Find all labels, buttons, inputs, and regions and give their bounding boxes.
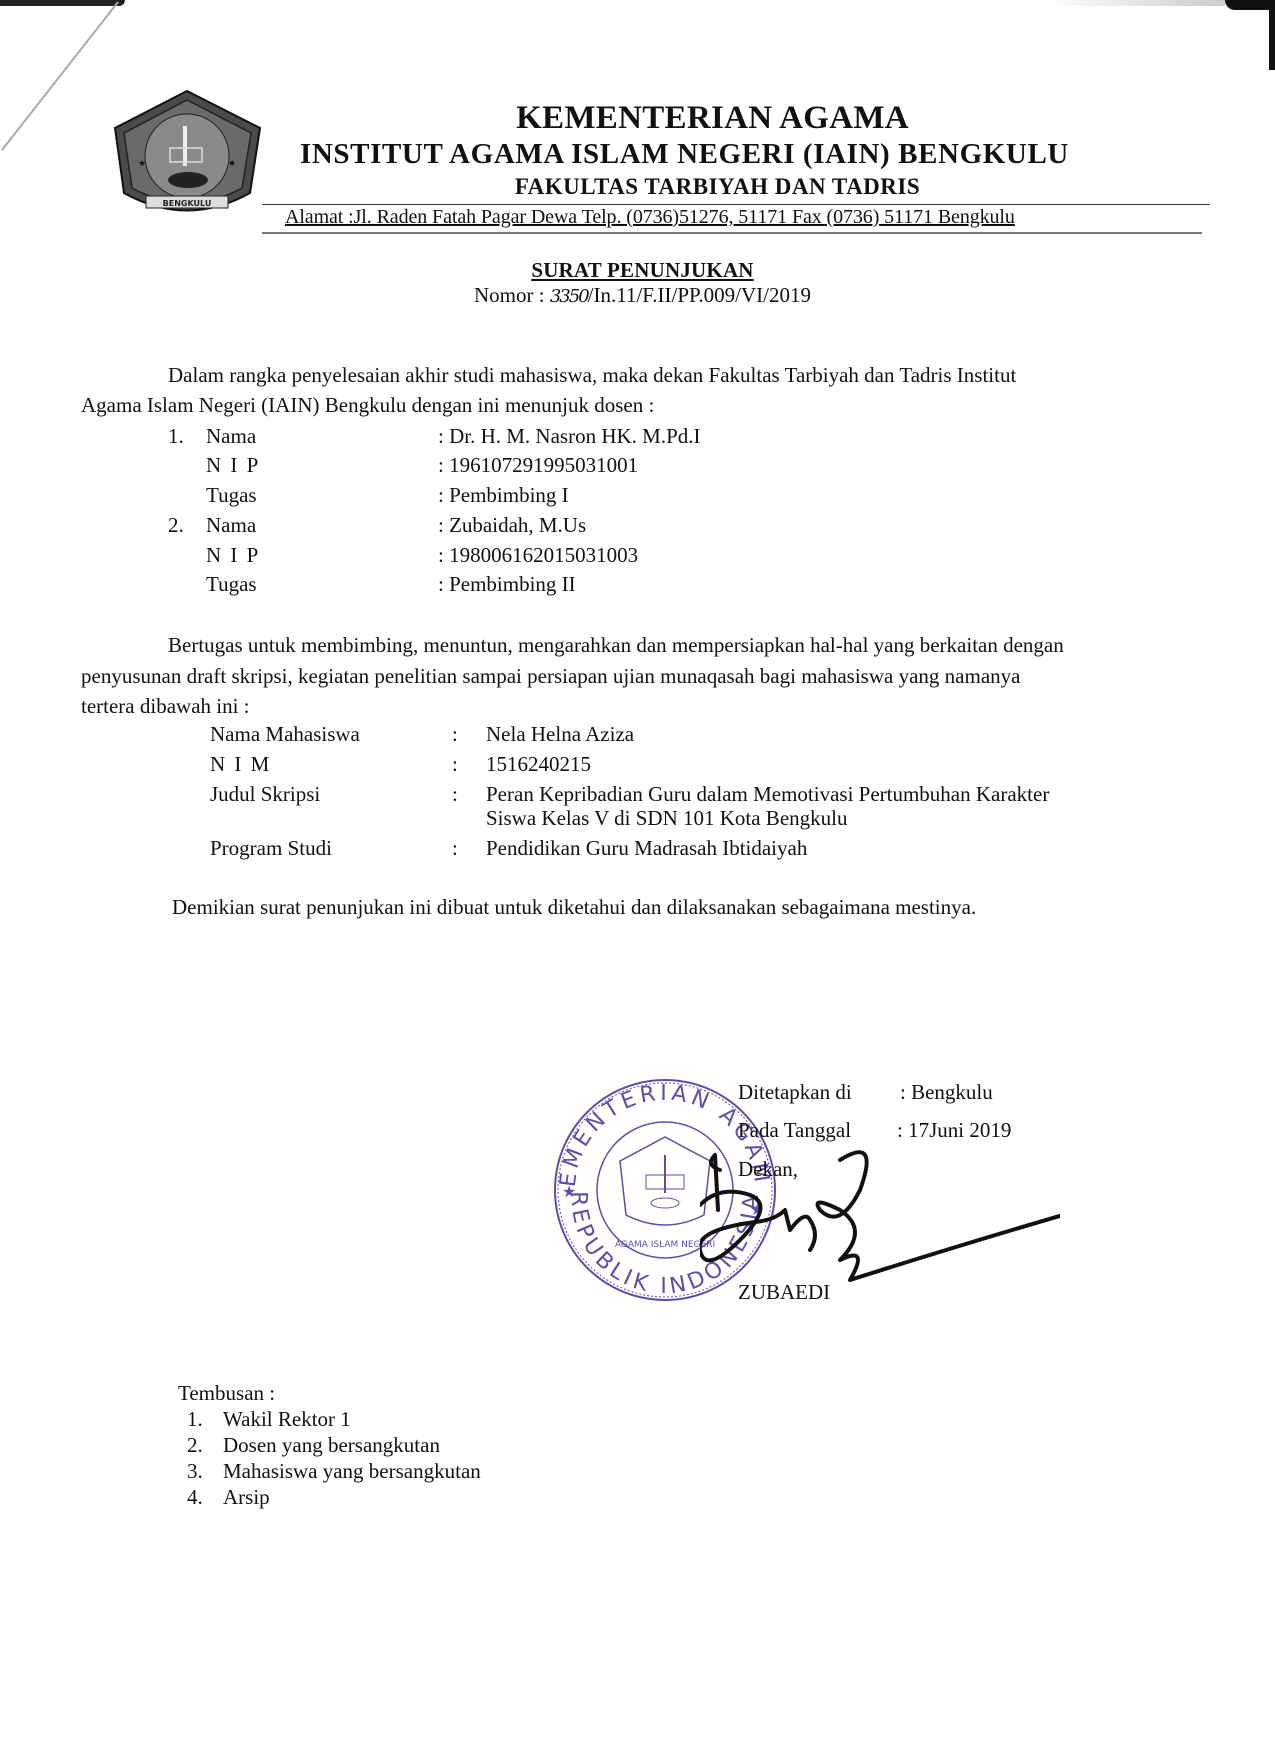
lecturer-number: 1. xyxy=(168,424,184,449)
lecturer-field-label: Nama xyxy=(206,424,256,449)
lecturer-field-label: N I P xyxy=(206,453,260,478)
lecturer-field-label: Tugas xyxy=(206,483,257,508)
letter-number: Nomor : 3350/In.11/F.II/PP.009/VI/2019 xyxy=(0,283,1275,308)
signatory-name: ZUBAEDI xyxy=(738,1280,830,1305)
carbon-copy-item: Wakil Rektor 1 xyxy=(223,1407,351,1432)
student-field-colon: : xyxy=(452,752,458,777)
student-field-colon: : xyxy=(452,836,458,861)
student-field-colon: : xyxy=(452,722,458,747)
student-field-value: Peran Kepribadian Guru dalam Memotivasi … xyxy=(486,782,1049,807)
letterhead-divider xyxy=(262,232,1202,234)
carbon-copy-number: 4. xyxy=(187,1485,203,1510)
lecturer-field-value: : 198006162015031003 xyxy=(438,543,638,568)
institute-address: Alamat :Jl. Raden Fatah Pagar Dewa Telp.… xyxy=(285,206,1015,229)
lecturer-field-value: : Pembimbing II xyxy=(438,572,576,597)
place-label: Ditetapkan di xyxy=(738,1080,852,1105)
closing-statement: Demikian surat penunjukan ini dibuat unt… xyxy=(172,893,976,921)
date-label: Pada Tanggal xyxy=(738,1118,851,1143)
ministry-name: KEMENTERIAN AGAMA xyxy=(0,100,1275,137)
letterhead-divider xyxy=(262,204,1210,205)
scan-edge-artifact xyxy=(1225,0,1275,10)
svg-text:★: ★ xyxy=(228,158,236,168)
student-field-value-continued: Siswa Kelas V di SDN 101 Kota Bengkulu xyxy=(486,806,847,831)
lecturer-field-label: Nama xyxy=(206,513,256,538)
carbon-copy-number: 2. xyxy=(187,1433,203,1458)
place-value: : Bengkulu xyxy=(900,1080,993,1105)
date-value: : 17Juni 2019 xyxy=(897,1118,1011,1143)
student-field-label: Program Studi xyxy=(210,836,332,861)
intro-line-2: Agama Islam Negeri (IAIN) Bengkulu denga… xyxy=(81,391,654,419)
carbon-copy-item: Mahasiswa yang bersangkutan xyxy=(223,1459,481,1484)
student-field-value: Nela Helna Aziza xyxy=(486,722,634,747)
carbon-copy-number: 3. xyxy=(187,1459,203,1484)
carbon-copy-item: Arsip xyxy=(223,1485,270,1510)
scan-edge-artifact xyxy=(1045,0,1225,6)
letter-number-prefix: Nomor : xyxy=(474,283,550,307)
student-field-label: Nama Mahasiswa xyxy=(210,722,360,747)
duty-line-2: penyusunan draft skripsi, kegiatan penel… xyxy=(81,662,1020,690)
lecturer-field-value: : 196107291995031001 xyxy=(438,453,638,478)
svg-text:★: ★ xyxy=(138,158,146,168)
lecturer-number: 2. xyxy=(168,513,184,538)
student-field-label: N I M xyxy=(210,752,271,777)
student-field-value: Pendidikan Guru Madrasah Ibtidaiyah xyxy=(486,836,807,861)
duty-line-3: tertera dibawah ini : xyxy=(81,692,250,720)
letter-number-suffix: /In.11/F.II/PP.009/VI/2019 xyxy=(588,283,811,307)
lecturer-field-label: N I P xyxy=(206,543,260,568)
scan-edge-artifact xyxy=(1269,0,1275,70)
lecturer-field-label: Tugas xyxy=(206,572,257,597)
intro-line-1: Dalam rangka penyelesaian akhir studi ma… xyxy=(168,361,1016,389)
svg-text:BENGKULU: BENGKULU xyxy=(163,199,212,208)
student-field-value: 1516240215 xyxy=(486,752,591,777)
lecturer-field-value: : Pembimbing I xyxy=(438,483,569,508)
carbon-copy-item: Dosen yang bersangkutan xyxy=(223,1433,440,1458)
institute-name: INSTITUT AGAMA ISLAM NEGERI (IAIN) BENGK… xyxy=(300,138,1069,171)
faculty-name: FAKULTAS TARBIYAH DAN TADRIS xyxy=(0,174,1275,200)
letter-title: SURAT PENUNJUKAN xyxy=(0,258,1275,283)
lecturer-field-value: : Zubaidah, M.Us xyxy=(438,513,586,538)
student-field-colon: : xyxy=(452,782,458,807)
lecturer-field-value: : Dr. H. M. Nasron HK. M.Pd.I xyxy=(438,424,701,449)
duty-line-1: Bertugas untuk membimbing, menuntun, men… xyxy=(168,631,1064,659)
carbon-copy-number: 1. xyxy=(187,1407,203,1432)
svg-text:★: ★ xyxy=(562,1184,576,1201)
letter-number-handwritten: 3350 xyxy=(550,286,588,307)
student-field-label: Judul Skripsi xyxy=(210,782,320,807)
carbon-copy-title: Tembusan : xyxy=(178,1381,275,1406)
